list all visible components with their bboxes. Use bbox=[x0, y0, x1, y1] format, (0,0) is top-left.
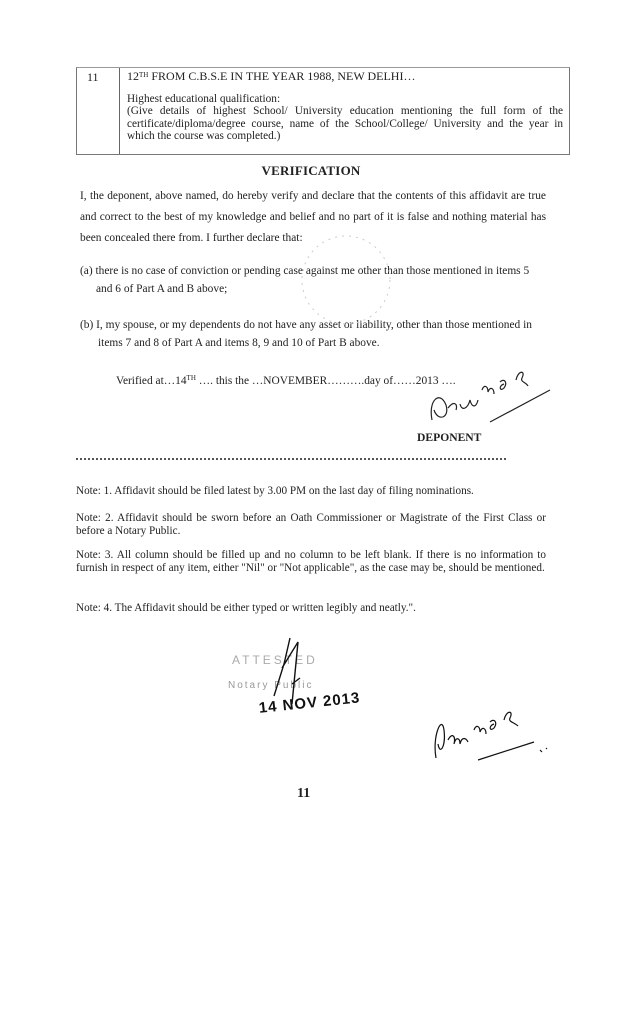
qualification-answer: 12TH FROM C.B.S.E IN THE YEAR 1988, NEW … bbox=[127, 70, 563, 83]
dotted-separator bbox=[76, 458, 506, 460]
verification-title: VERIFICATION bbox=[0, 163, 622, 179]
deponent-signature-2 bbox=[428, 700, 558, 770]
faded-seal-circle bbox=[300, 228, 400, 328]
item-number-cell: 11 bbox=[77, 68, 120, 154]
page-number: 11 bbox=[297, 786, 310, 802]
deponent-signature-1 bbox=[420, 360, 560, 430]
note-3: Note: 3. All column should be filled up … bbox=[76, 549, 546, 575]
item-number: 11 bbox=[87, 70, 99, 85]
note-2: Note: 2. Affidavit should be sworn befor… bbox=[76, 512, 546, 538]
qualification-question-detail: (Give details of highest School/ Univers… bbox=[127, 105, 563, 143]
deponent-label: DEPONENT bbox=[417, 431, 481, 444]
verified-line: Verified at…14TH …. this the …NOVEMBER……… bbox=[116, 375, 456, 387]
note-4: Note: 4. The Affidavit should be either … bbox=[76, 602, 546, 615]
note-1: Note: 1. Affidavit should be filed lates… bbox=[76, 485, 546, 498]
qualification-table-row: 11 12TH FROM C.B.S.E IN THE YEAR 1988, N… bbox=[76, 67, 570, 155]
qualification-question-title: Highest educational qualification: bbox=[127, 93, 563, 106]
qualification-cell: 12TH FROM C.B.S.E IN THE YEAR 1988, NEW … bbox=[127, 70, 563, 143]
